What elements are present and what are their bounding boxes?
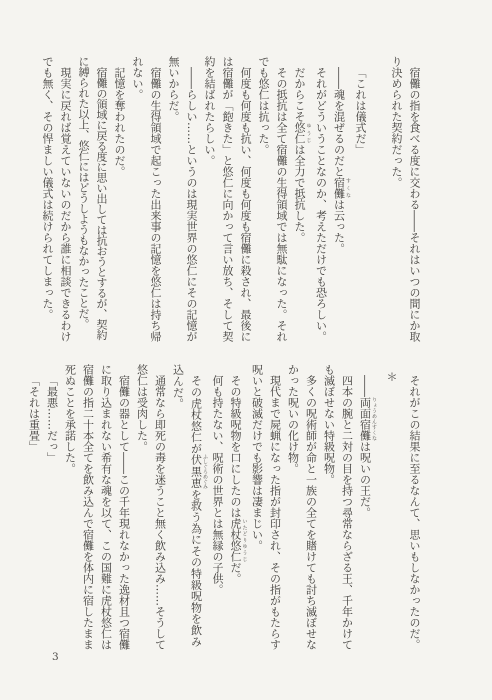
paragraph: 現代まで屍蝋になった指が封印され、その指がもたらす呪いと破滅だけでも影響は凄まじ… [248,364,284,656]
paragraph: その抵抗は全て宿儺の生得領域では無駄になった。それでも悠仁は抗った。 [254,56,290,348]
paragraph: 何も持たない、呪術の世界とは無縁の子供。 [208,364,226,656]
paragraph: 宿儺の指を食べる度に交わる――それはいつの間にか取り決められた契約だった。 [387,56,423,348]
paragraph: 宿儺の生得領域で起こった出来事の記憶を悠仁は持ち帰れない。 [128,56,164,348]
paragraph: ――らしい……というのは現実世界の悠仁にその記憶が無いからだ。 [164,56,200,348]
paragraph: 通常なら即死の毒を迷うこと無く飲み込み……そうして悠仁は受肉した。 [133,364,169,656]
paragraph: 四本の腕と二対の目を持つ尋常ならざる王、千年かけても滅ぼせない特級呪物。 [320,364,356,656]
text-tier-lower: それがこの結果に至るなんて、思いもしなかったのだ。＊――両面宿儺りょうめんすくな… [25,364,424,656]
paragraph: 多くの呪術師が命と一族の全てを賭けても討ち滅ぼせなかった呪いの化け物。 [284,364,320,656]
paragraph: 宿儺の器として――この千年現れなかった逸材且つ宿儺に取り込まれない希有な魂を以て… [61,364,133,656]
page-number: 3 [52,651,59,663]
ruby-annotated-name: 虎杖悠仁いたどりゆうじ [229,518,242,562]
ruby-annotated-name: 悠仁ゆうじ [293,122,306,144]
paragraph: 宿儺の領域に戻る度に思い出しては抗おうとするが、契約に縛られた以上、悠仁にはどう… [74,56,110,348]
paragraph: 「これは儀式だ」 [351,56,369,348]
paragraph: 「最悪……だっ」 [43,364,61,656]
text-tier-upper: 宿儺の指を食べる度に交わる――それはいつの間にか取り決められた契約だった。「これ… [38,56,423,348]
paragraph: 記憶を奪われたのだ。 [110,56,128,348]
ruby-annotated-name: 伏黒恵ふしぐろめぐみ [190,454,203,489]
paragraph: 何度も何度も抗い、何度も何度も宿儺に殺され、最後には宿儺が「飽きた」と悠仁に向か… [200,56,254,348]
paragraph: 「それは重畳」 [25,364,43,656]
paragraph: それがこの結果に至るなんて、思いもしなかったのだ。 [405,364,423,656]
paragraph: だからこそ悠仁ゆうじは全力で抵抗した。 [290,56,312,348]
paragraph: 現実に戻れば覚えていないのだから誰に相談できるわけでも無く、その悍ましい儀式は続… [38,56,74,348]
paragraph: ――両面宿儺りょうめんすくなは呪いの王だ。 [356,364,378,656]
ruby-annotated-name: 宿儺すくな [333,177,346,199]
ruby-annotated-name: 両面宿儺りょうめんすくな [359,397,372,441]
paragraph: その特級呪物を口にしたのは虎杖悠仁いたどりゆうじだ。 [226,364,248,656]
paragraph: その虎杖悠仁が伏黒恵ふしぐろめぐみを救う為にその特級呪物を飲み込んだ。 [169,364,209,656]
paragraph: ――魂を混ぜるのだと宿儺すくなは云った。 [330,56,352,348]
section-divider: ＊ [382,364,400,656]
novel-page: 宿儺の指を食べる度に交わる――それはいつの間にか取り決められた契約だった。「これ… [0,0,492,700]
paragraph: それがどういうことなのか、考えただけでも恐ろしい。 [312,56,330,348]
